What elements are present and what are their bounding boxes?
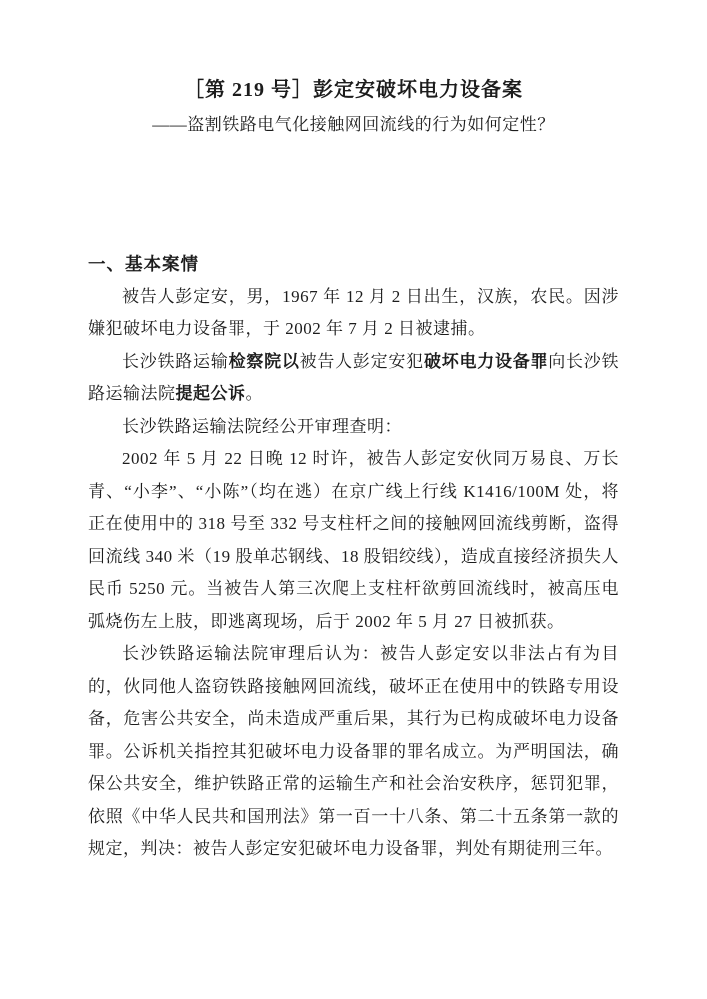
paragraph-facts: 被告人彭定安，男，1967 年 12 月 2 日出生，汉族，农民。因涉嫌犯破坏电… [88, 281, 619, 346]
text-run: 2002 年 5 月 22 日晚 12 时许，被告人彭定安伙同万易良、万长青、“… [88, 449, 619, 631]
page-title: ［第 219 号］彭定安破坏电力设备案 [88, 74, 619, 106]
text-run: 。 [246, 384, 264, 403]
section-heading: 一、基本案情 [88, 248, 619, 281]
paragraph-crime-details: 2002 年 5 月 22 日晚 12 时许，被告人彭定安伙同万易良、万长青、“… [88, 443, 619, 638]
text-run-bold: 破坏电力设备罪 [424, 352, 548, 371]
paragraph-indictment: 长沙铁路运输检察院以被告人彭定安犯破坏电力设备罪向长沙铁路运输法院提起公诉。 [88, 346, 619, 411]
text-run: 被告人彭定安犯 [300, 352, 424, 371]
paragraph-trial-intro: 长沙铁路运输法院经公开审理查明： [88, 411, 619, 444]
text-run-bold: 提起公诉 [176, 384, 246, 403]
text-run: 被告人彭定安，男，1967 年 12 月 2 日出生，汉族，农民。因涉嫌犯破坏电… [88, 287, 619, 339]
paragraph-judgment: 长沙铁路运输法院审理后认为：被告人彭定安以非法占有为目的，伙同他人盗窃铁路接触网… [88, 638, 619, 866]
document-body: 被告人彭定安，男，1967 年 12 月 2 日出生，汉族，农民。因涉嫌犯破坏电… [88, 281, 619, 866]
text-run-bold: 检察院以 [229, 352, 300, 371]
document-page: ［第 219 号］彭定安破坏电力设备案 ——盗割铁路电气化接触网回流线的行为如何… [0, 0, 707, 999]
text-run: 长沙铁路运输法院审理后认为：被告人彭定安以非法占有为目的，伙同他人盗窃铁路接触网… [88, 644, 619, 858]
text-run: 长沙铁路运输法院经公开审理查明： [122, 417, 402, 436]
title-body-spacer [88, 140, 619, 248]
page-subtitle: ——盗割铁路电气化接触网回流线的行为如何定性？ [88, 110, 619, 140]
text-run: 长沙铁路运输 [122, 352, 229, 371]
